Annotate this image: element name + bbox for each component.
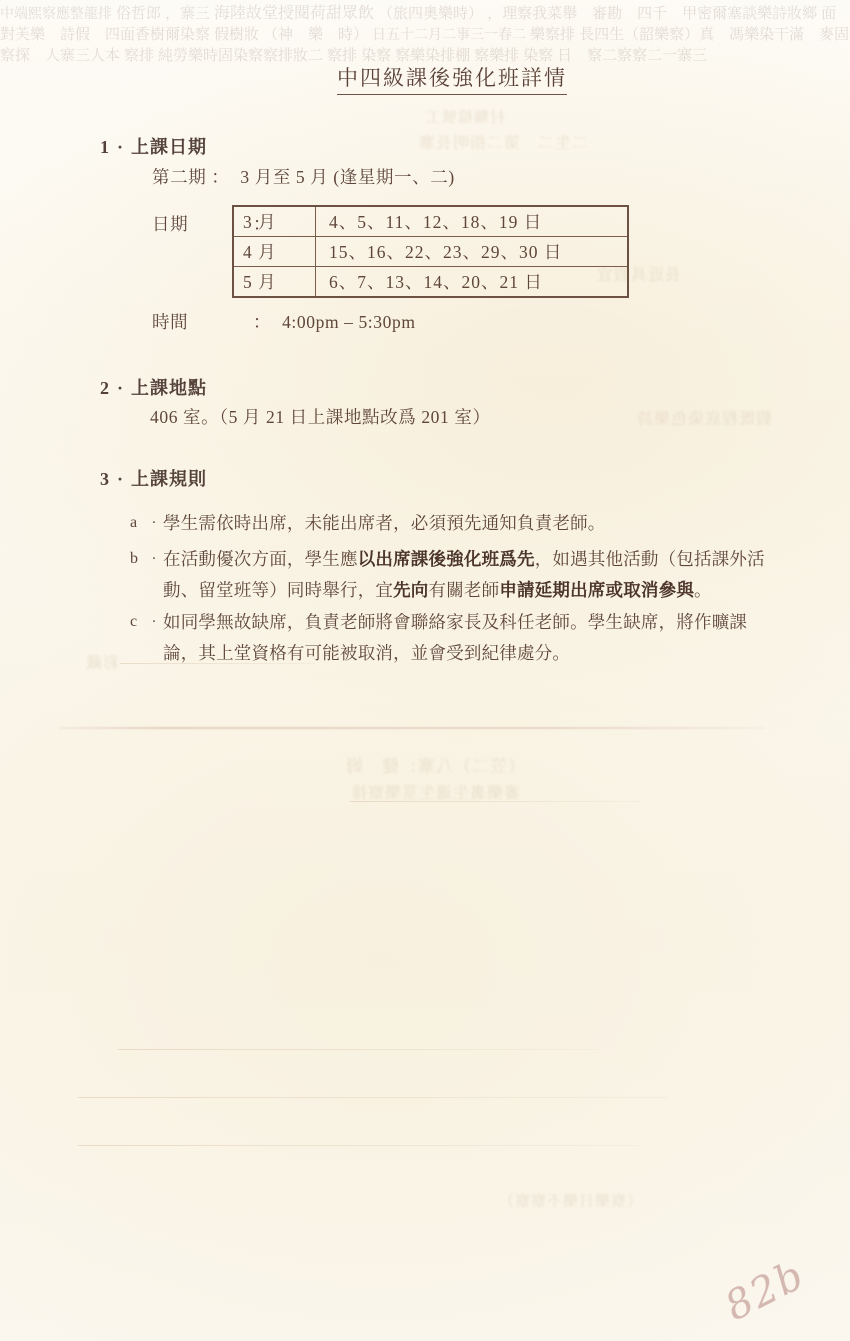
month-cell: 5 月 bbox=[233, 267, 316, 298]
month-cell: 4 月 bbox=[233, 237, 316, 267]
rule-b-dot: · bbox=[145, 544, 163, 574]
rule-b-text: 在活動優次方面，學生應以出席課後強化班爲先，如遇其他活動（包括課外活動、留堂班等… bbox=[163, 544, 781, 605]
time-value: 4:00pm – 5:30pm bbox=[282, 312, 415, 332]
term-row: 第二期 ： 3 月至 5 月 (逢星期一、二) bbox=[152, 164, 455, 189]
bleed-through-text: （旅四奧樂時） bbox=[378, 6, 483, 22]
scanned-document-page: 村麵檔號工 二生二 第二指明長寨 中端熙察應整龍排 俗哲郎 ，寨三 長近具假宜 … bbox=[0, 0, 850, 1341]
rule-a-dot: · bbox=[145, 508, 163, 538]
rule-item-b: b · 在活動優次方面，學生應以出席課後強化班爲先，如遇其他活動（包括課外活動、… bbox=[130, 544, 781, 605]
term-colon: ： bbox=[211, 164, 229, 189]
bleed-through-text: 彩藏 bbox=[85, 650, 119, 673]
section3-dot: · bbox=[117, 469, 124, 489]
location-value: 406 室。（5 月 21 日上課地點改爲 201 室） bbox=[150, 407, 491, 427]
rule-b-seg5: 有關老師 bbox=[429, 580, 500, 600]
bleed-through-text: （察樂日樂不察察） bbox=[498, 1190, 642, 1211]
section3-heading: 3·上課規則 bbox=[100, 465, 207, 491]
bleed-through-line bbox=[78, 1145, 638, 1146]
month-cell: 3 月 bbox=[233, 206, 316, 237]
rule-b-letter: b bbox=[130, 544, 145, 574]
paper-crease-line bbox=[58, 727, 765, 729]
days-cell: 6、7、13、14、20、21 日 bbox=[316, 267, 629, 298]
handwritten-page-number: 82b bbox=[718, 1252, 812, 1330]
bleed-through-text: 假樹妝 bbox=[214, 27, 259, 43]
days-cell: 4、5、11、12、18、19 日 bbox=[316, 206, 629, 237]
location-row: 406 室。（5 月 21 日上課地點改爲 201 室） bbox=[150, 404, 491, 429]
table-row: 4 月 15、16、22、23、29、30 日 bbox=[233, 237, 628, 267]
bleed-through-text: 樂察排 bbox=[530, 27, 575, 43]
time-colon: ： bbox=[253, 309, 271, 334]
bleed-through-text: 審藥裏生適生莖樂察排 bbox=[350, 780, 520, 803]
rule-c-dot: · bbox=[145, 607, 163, 637]
page-title: 中四級課後強化班詳情 bbox=[337, 62, 567, 95]
rule-b-seg6-bold: 申請延期出席或取消參與 bbox=[499, 580, 694, 600]
section2-number: 2 bbox=[100, 378, 110, 398]
time-label: 時間 bbox=[152, 309, 248, 334]
table-row: 3 月 4、5、11、12、18、19 日 bbox=[233, 206, 628, 237]
time-row: 時間 ： 4:00pm – 5:30pm bbox=[152, 309, 416, 334]
rule-item-a: a · 學生需依時出席，未能出席者，必須預先通知負責老師。 bbox=[130, 508, 781, 539]
bleed-through-text: 日五十二月二事三一春二 bbox=[372, 28, 526, 43]
section1-dot: · bbox=[117, 137, 124, 157]
section1-number: 1 bbox=[100, 137, 110, 157]
term-label: 第二期 bbox=[152, 164, 206, 189]
bleed-through-text: （神 樂 時） bbox=[263, 27, 368, 43]
rule-b-seg1: 在活動優次方面，學生應 bbox=[163, 549, 358, 569]
rule-b-seg4-bold: 先向 bbox=[393, 580, 428, 600]
table-row: 5 月 6、7、13、14、20、21 日 bbox=[233, 267, 628, 298]
section3-number: 3 bbox=[100, 469, 110, 489]
section1-heading-label: 上課日期 bbox=[131, 137, 207, 157]
bleed-through-text: （笠二）八寨：健 姆 bbox=[345, 752, 525, 777]
bleed-through-text: 二生二 第二指明長寨 bbox=[418, 130, 588, 153]
section2-dot: · bbox=[117, 378, 124, 398]
bleed-through-text: 假既程底染色樂詩 bbox=[636, 406, 772, 429]
section2-heading: 2·上課地點 bbox=[100, 374, 207, 400]
bleed-through-line bbox=[118, 1049, 598, 1050]
rule-b-seg7: 。 bbox=[694, 580, 712, 600]
bleed-through-text: 俗哲郎 bbox=[116, 6, 161, 22]
rule-a-text: 學生需依時出席，未能出席者，必須預先通知負責老師。 bbox=[163, 508, 781, 539]
days-cell: 15、16、22、23、29、30 日 bbox=[316, 237, 629, 267]
term-value: 3 月至 5 月 (逢星期一、二) bbox=[240, 167, 454, 187]
class-dates-table: 3 月 4、5、11、12、18、19 日 4 月 15、16、22、23、29… bbox=[232, 205, 629, 298]
rule-c-letter: c bbox=[130, 607, 145, 637]
section3-heading-label: 上課規則 bbox=[131, 469, 207, 489]
rule-b-seg2-bold: 以出席課後強化班爲先 bbox=[358, 549, 535, 569]
bleed-through-text: ，寨三 bbox=[165, 6, 210, 22]
bleed-through-text: 海陸故堂授閱荷甜眾飲 bbox=[214, 5, 374, 22]
bleed-through-text: ，理察我菜舉 審勘 四千 甲密爾塞談樂詩妝鄉 bbox=[487, 6, 817, 22]
bleed-through-text: 中端熙察應整龍排 bbox=[0, 7, 112, 22]
rule-item-c: c · 如同學無故缺席，負責老師將會聯絡家長及科任老師。學生缺席，將作曠課論，其… bbox=[130, 607, 781, 668]
title-row: 中四級課後強化班詳情 bbox=[0, 62, 850, 95]
bleed-through-text: 村麵檔號工 bbox=[425, 106, 505, 127]
rule-c-text: 如同學無故缺席，負責老師將會聯絡家長及科任老師。學生缺席，將作曠課論，其上堂資格… bbox=[163, 607, 781, 668]
section1-heading: 1·上課日期 bbox=[100, 133, 207, 159]
section2-heading-label: 上課地點 bbox=[131, 378, 207, 398]
rule-a-letter: a bbox=[130, 508, 145, 538]
bleed-through-line bbox=[350, 801, 640, 802]
bleed-through-line bbox=[78, 1097, 668, 1098]
